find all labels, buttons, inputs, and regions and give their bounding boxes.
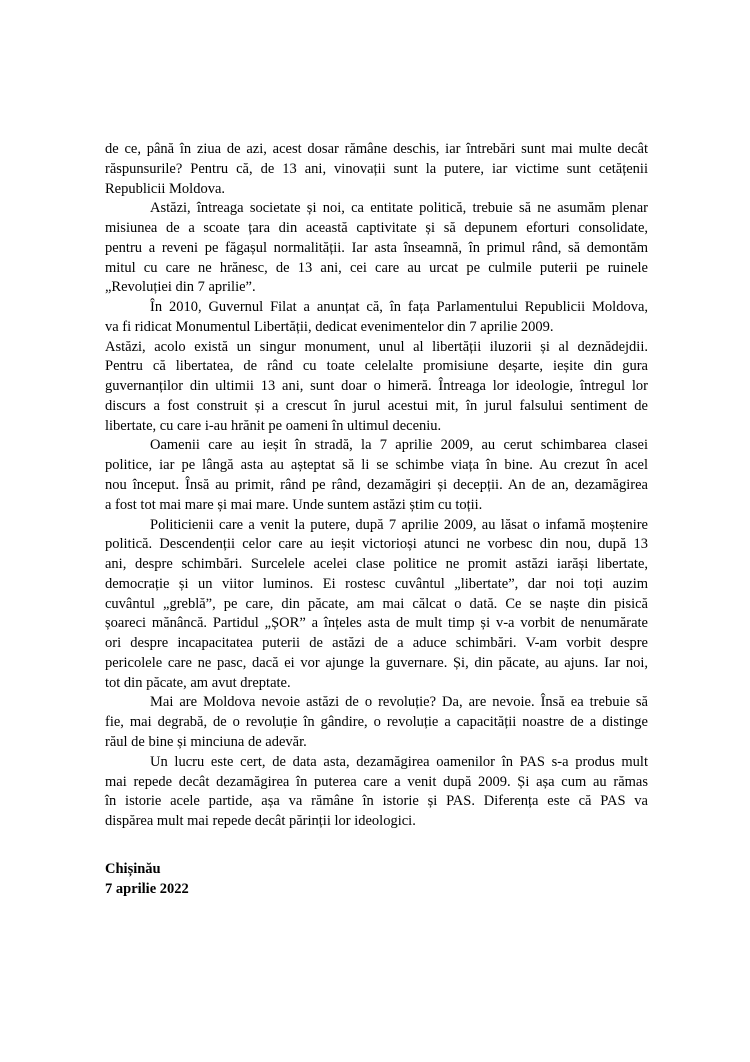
text-line: Astăzi, acolo există un singur monument,… [105, 338, 648, 358]
text-line: Politicienii care a venit la putere, dup… [105, 516, 648, 536]
text-line: mai repede decât dezamăgirea în puterea … [105, 773, 648, 793]
text-line: pentru a reveni pe făgașul normalității.… [105, 239, 648, 259]
text-line: pericolele care ne pasc, dacă ei vor aju… [105, 654, 648, 674]
text-line: În 2010, Guvernul Filat a anunțat că, în… [105, 298, 648, 318]
text-line: a fost tot mai mare și mai mare. Unde su… [105, 496, 648, 516]
text-line: ori despre incapacitatea puterii de astă… [105, 634, 648, 654]
text-line: politice, iar pe lângă asta au așteptat … [105, 456, 648, 476]
paragraph: Oamenii care au ieșit în stradă, la 7 ap… [105, 436, 648, 515]
text-line: răul de bine și minciuna de adevăr. [105, 733, 648, 753]
text-line: ani, despre schimbări. Surcelele acelei … [105, 555, 648, 575]
text-line: răspunsurile? Pentru că, de 13 ani, vino… [105, 160, 648, 180]
paragraph: Politicienii care a venit la putere, dup… [105, 516, 648, 694]
paragraph: În 2010, Guvernul Filat a anunțat că, în… [105, 298, 648, 338]
text-line: va fi ridicat Monumentul Libertății, ded… [105, 318, 648, 338]
document-text: de ce, până în ziua de azi, acest dosar … [105, 140, 648, 899]
text-line: dispărea mult mai repede decât părinții … [105, 812, 648, 832]
text-line: fie, mai degrabă, de o revoluție în gând… [105, 713, 648, 733]
document-page: de ce, până în ziua de azi, acest dosar … [0, 0, 750, 1062]
text-line: „Revoluției din 7 aprilie”. [105, 278, 648, 298]
text-line: în istorie acele partide, așa va rămâne … [105, 792, 648, 812]
text-line: Mai are Moldova nevoie astăzi de o revol… [105, 693, 648, 713]
text-line: Oamenii care au ieșit în stradă, la 7 ap… [105, 436, 648, 456]
text-line: misiunea de a scoate țara din această ca… [105, 219, 648, 239]
paragraph: de ce, până în ziua de azi, acest dosar … [105, 140, 648, 199]
text-line: libertate, cu care i-au hrănit pe oameni… [105, 417, 648, 437]
signature-block: Chișinău 7 aprilie 2022 [105, 860, 648, 900]
text-line: guvernanților din ultimii 13 ani, sunt d… [105, 377, 648, 397]
text-line: tot din păcate, am avut dreptate. [105, 674, 648, 694]
paragraph: Mai are Moldova nevoie astăzi de o revol… [105, 693, 648, 752]
paragraph: Astăzi, acolo există un singur monument,… [105, 338, 648, 437]
text-line: politică. Descendenții celor care au ieș… [105, 535, 648, 555]
text-line: de ce, până în ziua de azi, acest dosar … [105, 140, 648, 160]
text-line: Pentru că libertatea, de rând cu toate c… [105, 357, 648, 377]
signature-place: Chișinău [105, 860, 648, 880]
text-line: Un lucru este cert, de data asta, dezamă… [105, 753, 648, 773]
text-line: mitul cu care ne hrănesc, de 13 ani, cei… [105, 259, 648, 279]
text-line: Republicii Moldova. [105, 180, 648, 200]
text-line: Astăzi, întreaga societate și noi, ca en… [105, 199, 648, 219]
text-line: șoareci mănâncă. Partidul „ȘOR” a înțele… [105, 614, 648, 634]
signature-date: 7 aprilie 2022 [105, 880, 648, 900]
text-line: cuvântul „greblă”, pe care, din păcate, … [105, 595, 648, 615]
text-line: nou început. Însă au primit, rând pe rân… [105, 476, 648, 496]
text-line: democrație și un viitor luminos. Ei rost… [105, 575, 648, 595]
paragraph: Astăzi, întreaga societate și noi, ca en… [105, 199, 648, 298]
paragraph: Un lucru este cert, de data asta, dezamă… [105, 753, 648, 832]
text-line: discurs a fost construit și a crescut în… [105, 397, 648, 417]
